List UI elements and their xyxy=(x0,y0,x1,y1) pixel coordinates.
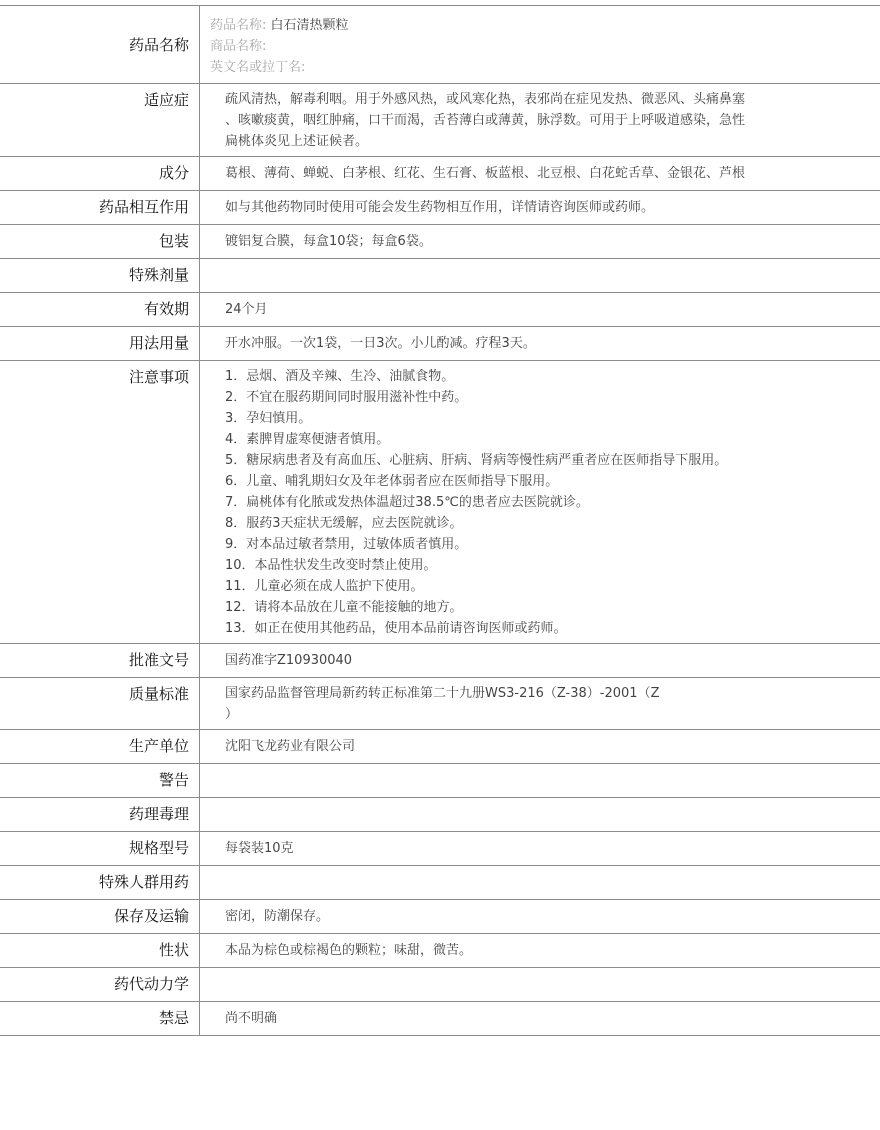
value-manufacturer: 沈阳飞龙药业有限公司 xyxy=(200,730,880,763)
value-quality-standard: 国家药品监督管理局新药转正标准第二十九册WS3-216（Z-38）-2001（Z… xyxy=(200,678,880,729)
value-special-dosage xyxy=(200,259,880,292)
label-pharmacokinetics: 药代动力学 xyxy=(0,968,200,1001)
generic-name-line: 药品名称: 白石清热颗粒 xyxy=(210,15,880,36)
precaution-item: 9．对本品过敏者禁用，过敏体质者慎用。 xyxy=(225,534,880,555)
label-special-population: 特殊人群用药 xyxy=(0,866,200,899)
row-specification: 规格型号 每袋装10克 xyxy=(0,832,880,866)
row-interactions: 药品相互作用 如与其他药物同时使用可能会发生药物相互作用，详情请咨询医师或药师。 xyxy=(0,191,880,225)
label-precautions: 注意事项 xyxy=(0,361,200,643)
row-ingredients: 成分 葛根、薄荷、蝉蜕、白茅根、红花、生石膏、板蓝根、北豆根、白花蛇舌草、金银花… xyxy=(0,157,880,191)
value-specification: 每袋装10克 xyxy=(200,832,880,865)
precaution-item: 4．素脾胃虚寒便溏者慎用。 xyxy=(225,429,880,450)
label-packaging: 包装 xyxy=(0,225,200,258)
precaution-item: 7．扁桃体有化脓或发热体温超过38.5℃的患者应去医院就诊。 xyxy=(225,492,880,513)
label-indications: 适应症 xyxy=(0,84,200,156)
row-warning: 警告 xyxy=(0,764,880,798)
row-manufacturer: 生产单位 沈阳飞龙药业有限公司 xyxy=(0,730,880,764)
precaution-item: 12．请将本品放在儿童不能接触的地方。 xyxy=(225,597,880,618)
value-precautions: 1．忌烟、酒及辛辣、生冷、油腻食物。 2．不宜在服药期间同时服用滋补性中药。 3… xyxy=(200,361,880,643)
value-shelf-life: 24个月 xyxy=(200,293,880,326)
precaution-item: 11．儿童必须在成人监护下使用。 xyxy=(225,576,880,597)
value-ingredients: 葛根、薄荷、蝉蜕、白茅根、红花、生石膏、板蓝根、北豆根、白花蛇舌草、金银花、芦根 xyxy=(200,157,880,190)
precaution-item: 2．不宜在服药期间同时服用滋补性中药。 xyxy=(225,387,880,408)
row-contraindications: 禁忌 尚不明确 xyxy=(0,1002,880,1036)
row-drug-name: 药品名称 药品名称: 白石清热颗粒 商品名称: 英文名或拉丁名: xyxy=(0,6,880,84)
row-precautions: 注意事项 1．忌烟、酒及辛辣、生冷、油腻食物。 2．不宜在服药期间同时服用滋补性… xyxy=(0,361,880,644)
value-storage: 密闭，防潮保存。 xyxy=(200,900,880,933)
precaution-item: 6．儿童、哺乳期妇女及年老体弱者应在医师指导下服用。 xyxy=(225,471,880,492)
label-storage: 保存及运输 xyxy=(0,900,200,933)
precaution-item: 3．孕妇慎用。 xyxy=(225,408,880,429)
trade-name-label: 商品名称: xyxy=(210,39,266,54)
label-description: 性状 xyxy=(0,934,200,967)
value-warning xyxy=(200,764,880,797)
label-quality-standard: 质量标准 xyxy=(0,678,200,729)
row-pharmacokinetics: 药代动力学 xyxy=(0,968,880,1002)
value-description: 本品为棕色或棕褐色的颗粒；味甜，微苦。 xyxy=(200,934,880,967)
row-quality-standard: 质量标准 国家药品监督管理局新药转正标准第二十九册WS3-216（Z-38）-2… xyxy=(0,678,880,730)
label-interactions: 药品相互作用 xyxy=(0,191,200,224)
generic-name-value: 白石清热颗粒 xyxy=(271,18,349,33)
precaution-item: 5．糖尿病患者及有高血压、心脏病、肝病、肾病等慢性病严重者应在医师指导下服用。 xyxy=(225,450,880,471)
precaution-item: 8．服药3天症状无缓解，应去医院就诊。 xyxy=(225,513,880,534)
label-usage: 用法用量 xyxy=(0,327,200,360)
value-pharmacokinetics xyxy=(200,968,880,1001)
row-indications: 适应症 疏风清热，解毒利咽。用于外感风热，或风寒化热，表邪尚在症见发热、微恶风、… xyxy=(0,84,880,157)
row-approval-number: 批准文号 国药准字Z10930040 xyxy=(0,644,880,678)
row-shelf-life: 有效期 24个月 xyxy=(0,293,880,327)
row-special-population: 特殊人群用药 xyxy=(0,866,880,900)
precaution-item: 10．本品性状发生改变时禁止使用。 xyxy=(225,555,880,576)
value-packaging: 镀铝复合膜，每盒10袋；每盒6袋。 xyxy=(200,225,880,258)
row-description: 性状 本品为棕色或棕褐色的颗粒；味甜，微苦。 xyxy=(0,934,880,968)
label-shelf-life: 有效期 xyxy=(0,293,200,326)
label-drug-name: 药品名称 xyxy=(0,6,200,83)
indications-line: 、咳嗽痰黄，咽红肿痛，口干而渴，舌苔薄白或薄黄，脉浮数。可用于上呼吸道感染，急性 xyxy=(225,110,880,131)
english-name-label: 英文名或拉丁名: xyxy=(210,60,305,75)
value-interactions: 如与其他药物同时使用可能会发生药物相互作用，详情请咨询医师或药师。 xyxy=(200,191,880,224)
quality-standard-line: ） xyxy=(225,704,880,725)
value-usage: 开水冲服。一次1袋，一日3次。小儿酌减。疗程3天。 xyxy=(200,327,880,360)
row-storage: 保存及运输 密闭，防潮保存。 xyxy=(0,900,880,934)
row-packaging: 包装 镀铝复合膜，每盒10袋；每盒6袋。 xyxy=(0,225,880,259)
label-special-dosage: 特殊剂量 xyxy=(0,259,200,292)
value-drug-name: 药品名称: 白石清热颗粒 商品名称: 英文名或拉丁名: xyxy=(200,6,880,83)
value-indications: 疏风清热，解毒利咽。用于外感风热，或风寒化热，表邪尚在症见发热、微恶风、头痛鼻塞… xyxy=(200,84,880,156)
label-approval-number: 批准文号 xyxy=(0,644,200,677)
value-pharmacology-toxicology xyxy=(200,798,880,831)
drug-spec-table: 药品名称 药品名称: 白石清热颗粒 商品名称: 英文名或拉丁名: 适应症 疏风清… xyxy=(0,5,880,1036)
row-usage: 用法用量 开水冲服。一次1袋，一日3次。小儿酌减。疗程3天。 xyxy=(0,327,880,361)
row-pharmacology-toxicology: 药理毒理 xyxy=(0,798,880,832)
label-specification: 规格型号 xyxy=(0,832,200,865)
indications-line: 疏风清热，解毒利咽。用于外感风热，或风寒化热，表邪尚在症见发热、微恶风、头痛鼻塞 xyxy=(225,89,880,110)
precaution-item: 13．如正在使用其他药品，使用本品前请咨询医师或药师。 xyxy=(225,618,880,639)
indications-line: 扁桃体炎见上述证候者。 xyxy=(225,131,880,152)
row-special-dosage: 特殊剂量 xyxy=(0,259,880,293)
label-manufacturer: 生产单位 xyxy=(0,730,200,763)
label-pharmacology-toxicology: 药理毒理 xyxy=(0,798,200,831)
value-contraindications: 尚不明确 xyxy=(200,1002,880,1035)
value-approval-number: 国药准字Z10930040 xyxy=(200,644,880,677)
english-name-line: 英文名或拉丁名: xyxy=(210,57,880,78)
trade-name-line: 商品名称: xyxy=(210,36,880,57)
precaution-item: 1．忌烟、酒及辛辣、生冷、油腻食物。 xyxy=(225,366,880,387)
precautions-list: 1．忌烟、酒及辛辣、生冷、油腻食物。 2．不宜在服药期间同时服用滋补性中药。 3… xyxy=(225,366,880,639)
label-warning: 警告 xyxy=(0,764,200,797)
generic-name-label: 药品名称: xyxy=(210,18,266,33)
label-contraindications: 禁忌 xyxy=(0,1002,200,1035)
label-ingredients: 成分 xyxy=(0,157,200,190)
quality-standard-line: 国家药品监督管理局新药转正标准第二十九册WS3-216（Z-38）-2001（Z xyxy=(225,683,880,704)
value-special-population xyxy=(200,866,880,899)
